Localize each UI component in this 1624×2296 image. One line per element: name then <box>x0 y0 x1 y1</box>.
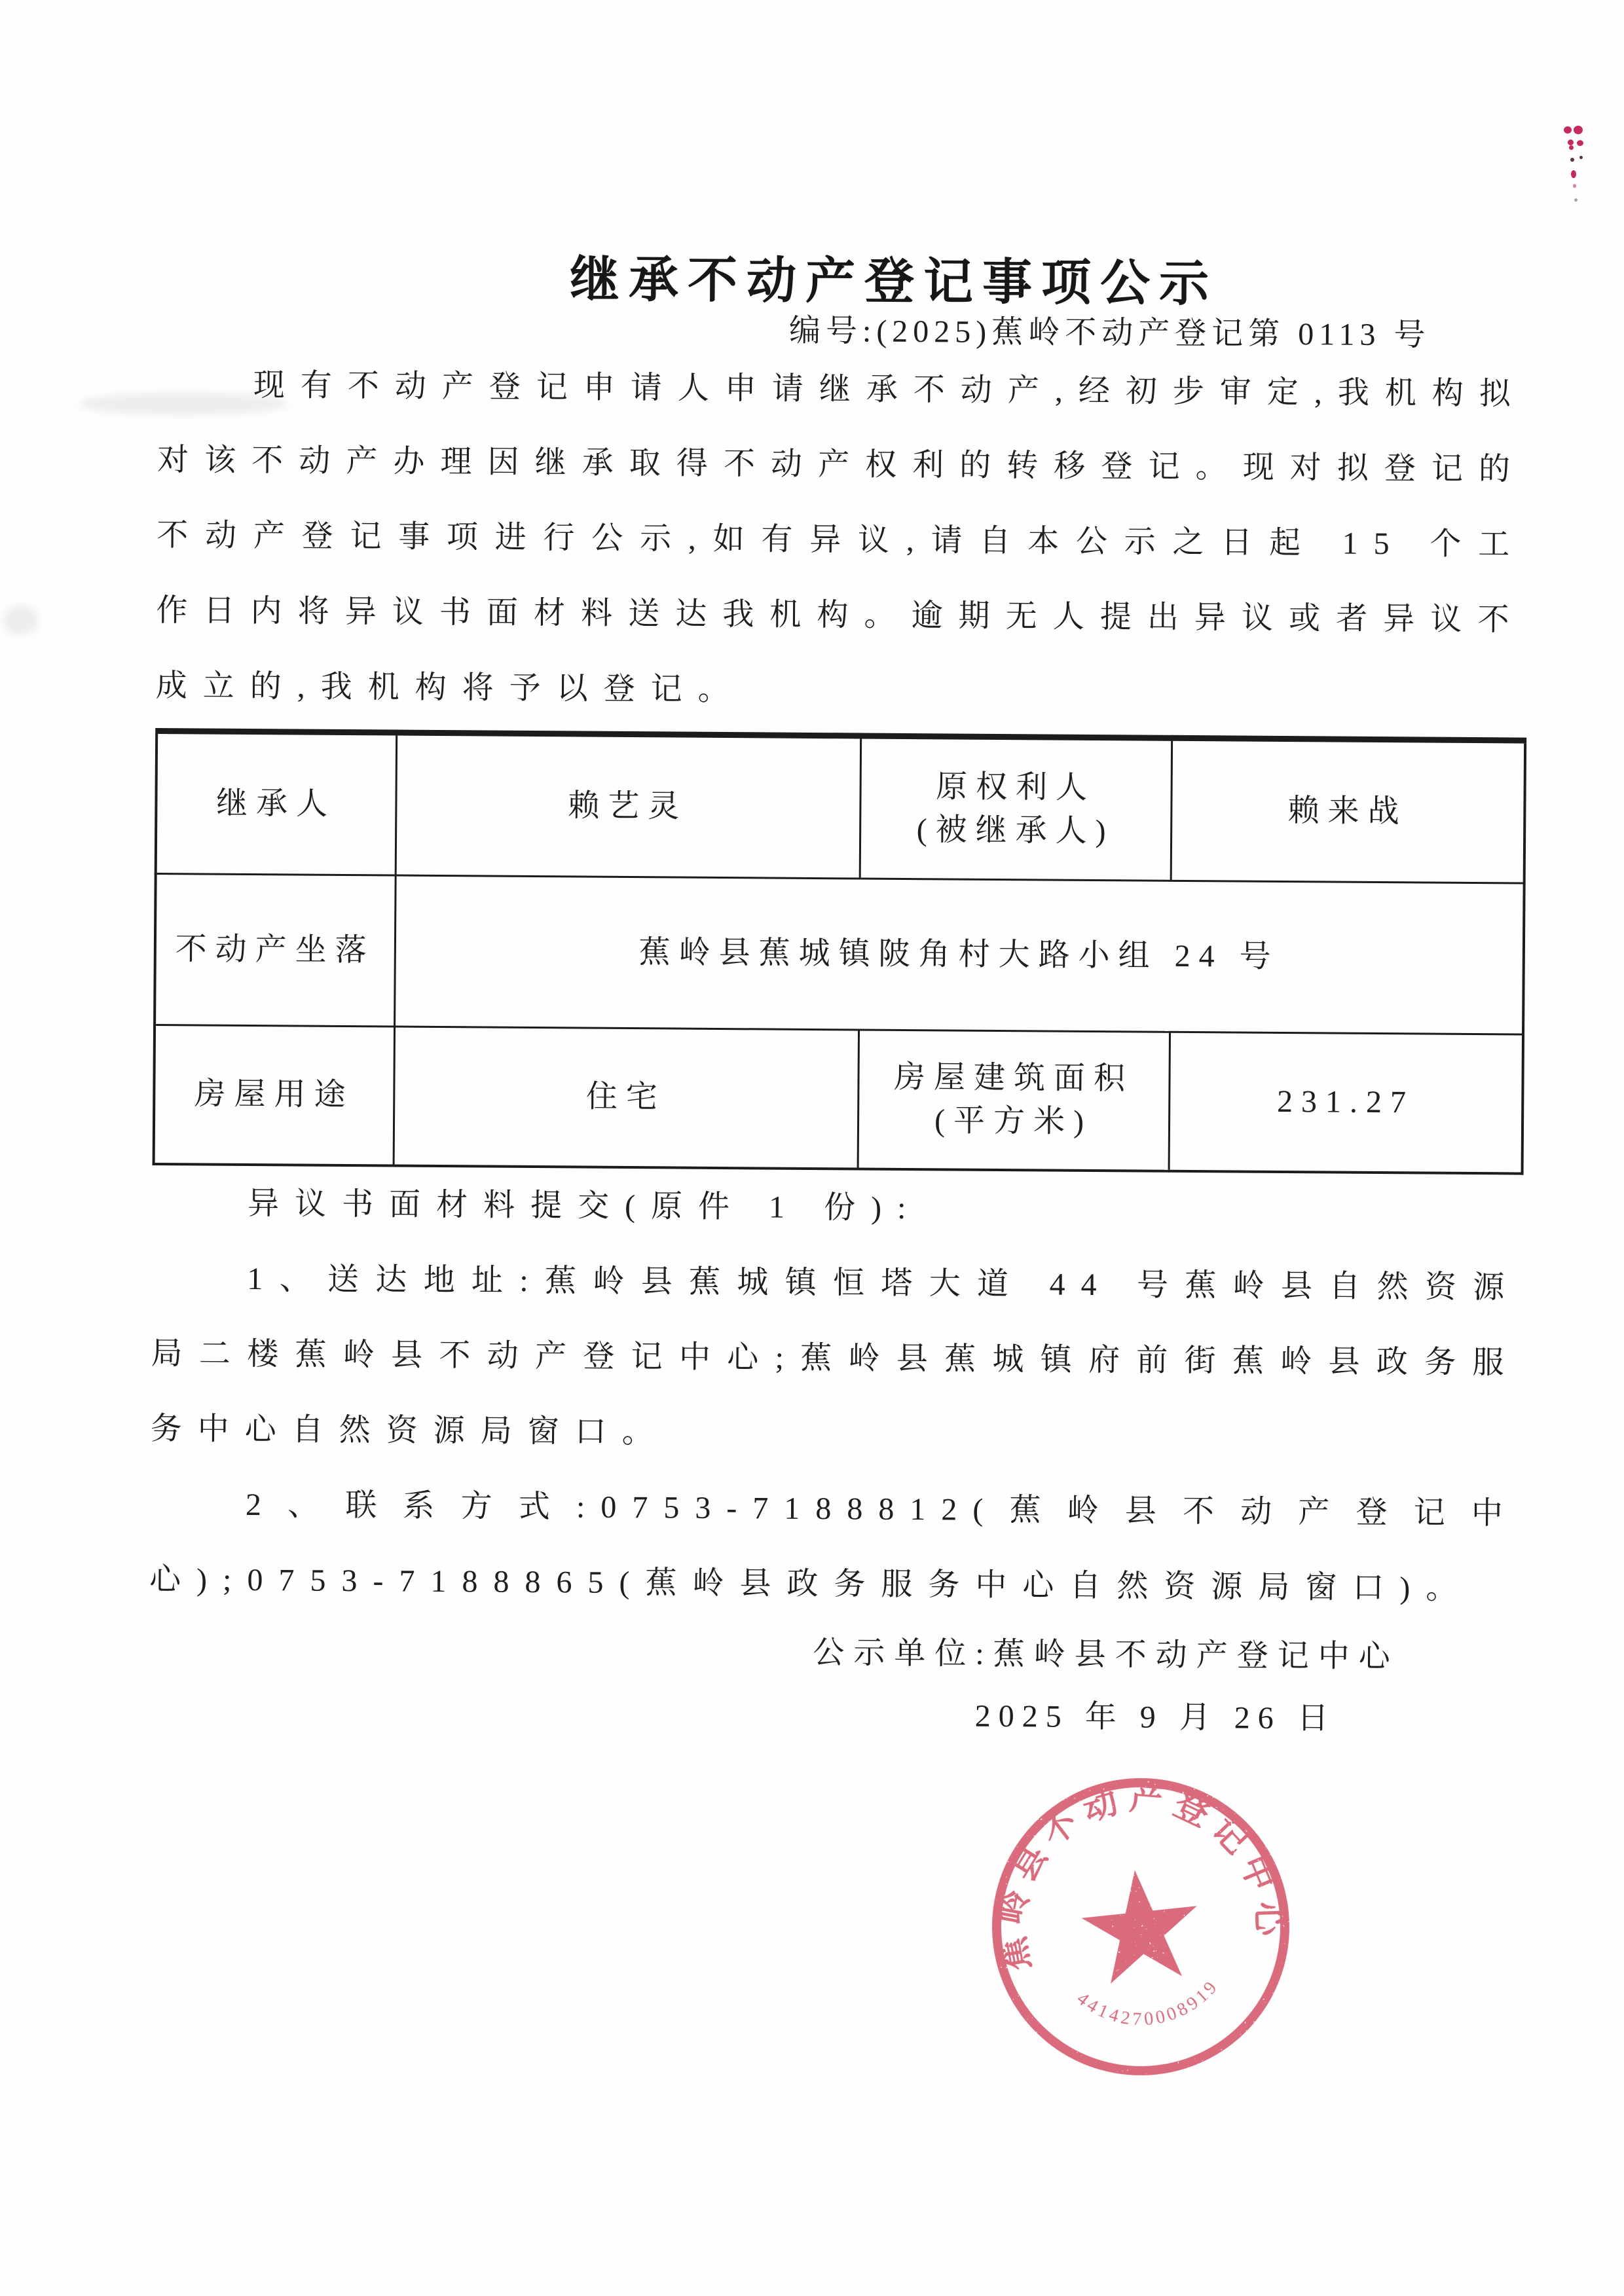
date-line: 2025 年 9 月 26 日 <box>148 1679 1517 1751</box>
table-row-usage: 房屋用途 住宅 房屋建筑面积 (平方米) 231.27 <box>154 1025 1523 1173</box>
submission-note: 异议书面材料提交(原件 1 份): <box>152 1165 1521 1250</box>
usage-value-cell: 住宅 <box>394 1027 858 1169</box>
property-info-table: 继承人 赖艺灵 原权利人 (被继承人) 赖来战 不动产坐落 蕉岭县蕉城镇陂角村大… <box>153 728 1527 1175</box>
seal-star-icon <box>1077 1864 1204 1986</box>
original-holder-name-cell: 赖来战 <box>1171 738 1526 883</box>
delivery-address-paragraph: 1、送达地址:蕉岭县蕉城镇恒塔大道 44 号蕉岭县自然资源局二楼蕉岭县不动产登记… <box>150 1240 1520 1476</box>
location-label-cell: 不动产坐落 <box>155 873 396 1027</box>
area-value-cell: 231.27 <box>1169 1032 1523 1173</box>
contact-info-paragraph: 2、联系方式:0753-7188812(蕉岭县不动产登记中心);0753-718… <box>149 1466 1519 1626</box>
scan-smudge <box>3 606 39 635</box>
page-title: 继承不动产登记事项公示 <box>158 247 1528 316</box>
original-holder-label-line2: (被继承人) <box>863 809 1167 854</box>
ink-speck <box>1574 198 1578 202</box>
area-label-cell: 房屋建筑面积 (平方米) <box>858 1030 1170 1171</box>
ink-speck <box>1579 156 1583 159</box>
scanned-notice-page: 继承不动产登记事项公示 编号:(2025)蕉岭不动产登记第 0113 号 现有不… <box>0 0 1624 2296</box>
publisher-line: 公示单位:蕉岭县不动产登记中心 <box>149 1616 1518 1688</box>
location-value-cell: 蕉岭县蕉城镇陂角村大路小组 24 号 <box>394 875 1524 1034</box>
scan-smudge <box>79 393 288 415</box>
area-label-line1: 房屋建筑面积 <box>862 1056 1166 1101</box>
table-row-location: 不动产坐落 蕉岭县蕉城镇陂角村大路小组 24 号 <box>155 873 1524 1034</box>
ink-speck <box>1577 140 1583 146</box>
usage-label-cell: 房屋用途 <box>154 1025 394 1165</box>
official-seal: 蕉岭县不动产登记中心 4414270008919 <box>972 1758 1310 2096</box>
heir-name-cell: 赖艺灵 <box>396 733 861 879</box>
intro-paragraph: 现有不动产登记申请人申请继承不动产,经初步审定,我机构拟对该不动产办理因继承取得… <box>155 347 1526 733</box>
ink-speck <box>1573 184 1576 188</box>
ink-speck <box>1569 145 1574 150</box>
heir-label-cell: 继承人 <box>156 731 397 875</box>
original-holder-label-cell: 原权利人 (被继承人) <box>860 736 1172 881</box>
official-seal-graphic: 蕉岭县不动产登记中心 4414270008919 <box>972 1758 1310 2096</box>
ink-speck <box>1564 126 1572 134</box>
ink-speck <box>1571 170 1576 178</box>
document-sheet: 继承不动产登记事项公示 编号:(2025)蕉岭不动产登记第 0113 号 现有不… <box>148 0 1529 1751</box>
area-label-line2: (平方米) <box>861 1099 1165 1144</box>
seal-code-arc-text: 4414270008919 <box>1071 1974 1227 2037</box>
ink-speck <box>1568 139 1574 145</box>
ink-speck <box>1570 158 1574 162</box>
ink-speck <box>1574 126 1583 134</box>
table-row-heir: 继承人 赖艺灵 原权利人 (被继承人) 赖来战 <box>156 731 1525 883</box>
original-holder-label-line1: 原权利人 <box>864 765 1168 811</box>
